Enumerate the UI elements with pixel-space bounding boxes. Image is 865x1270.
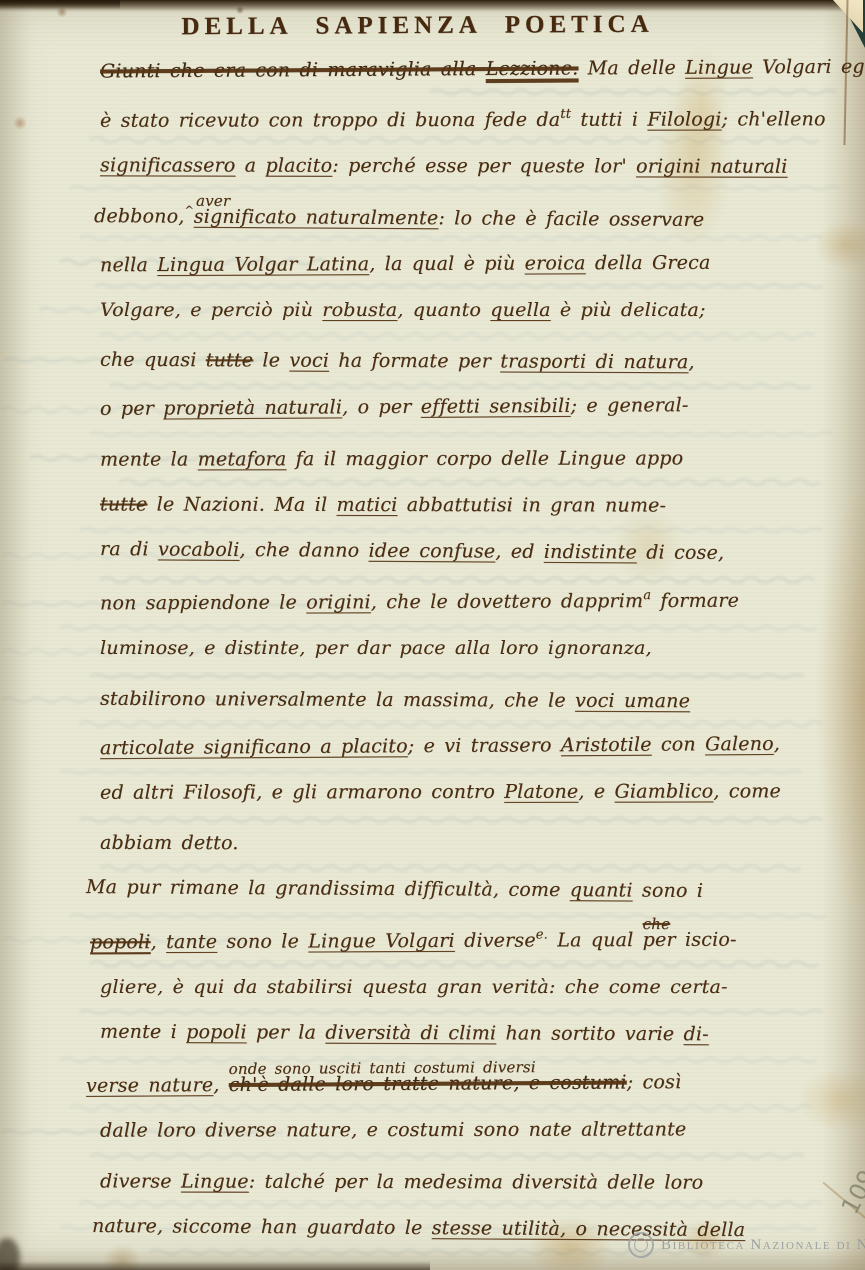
manuscript-line: gliere, è qui da stabilirsi questa gran … bbox=[100, 976, 728, 998]
manuscript-line: ra di vocaboli, che danno idee confuse, … bbox=[100, 538, 724, 564]
manuscript-line: popoli, tante sono le Lingue Volgari div… bbox=[90, 928, 737, 953]
scan-top-left-edge bbox=[0, 0, 120, 9]
scan-bottom-corner bbox=[0, 1238, 20, 1270]
manuscript-line: tutte le Nazioni. Ma il matici abbattuti… bbox=[100, 493, 666, 516]
manuscript-line: non sappiendone le origini, che le dovet… bbox=[100, 590, 739, 615]
manuscript-line: è stato ricevuto con troppo di buona fed… bbox=[100, 108, 826, 132]
manuscript-line: luminose, e distinte, per dar pace alla … bbox=[100, 637, 652, 659]
library-stamp-label: Biblioteca Nazionale di Napoli bbox=[661, 1237, 865, 1254]
manuscript-line: Ma pur rimane la grandissima difficultà,… bbox=[86, 876, 703, 902]
page-title: DELLA SAPIENZA POETICA bbox=[0, 10, 835, 42]
manuscript-line: Giunti che era con di maraviglia alla Le… bbox=[100, 56, 865, 83]
manuscript-line: diverse Lingue: talché per la medesima d… bbox=[100, 1170, 703, 1193]
library-stamp: Biblioteca Nazionale di Napoli bbox=[628, 1232, 865, 1258]
folio-number: 109 bbox=[836, 1165, 865, 1219]
manuscript-line: abbiam detto. bbox=[100, 832, 239, 854]
manuscript-line: verse nature, onde sono usciti tanti cos… bbox=[86, 1071, 681, 1097]
manuscript-line: che quasi tutte le voci ha formate per t… bbox=[100, 349, 695, 373]
manuscript-line: o per proprietà naturali, o per effetti … bbox=[100, 395, 689, 421]
manuscript-line: debbono,aver significato naturalmente: l… bbox=[94, 205, 704, 231]
manuscript-line: mente i popoli per la diversità di climi… bbox=[100, 1021, 709, 1046]
manuscript-line: nella Lingua Volgar Latina, la qual è pi… bbox=[100, 252, 711, 277]
manuscript-line: mente la metafora fa il maggior corpo de… bbox=[100, 447, 683, 470]
manuscript-line: ed altri Filosofi, e gli armarono contro… bbox=[100, 780, 781, 803]
manuscript-scan: DELLA SAPIENZA POETICA Giunti che era co… bbox=[0, 0, 865, 1270]
manuscript-line: stabilirono universalmente la massima, c… bbox=[100, 687, 690, 711]
manuscript-line: articolate significano a placito; e vi t… bbox=[100, 733, 780, 759]
manuscript-line: dalle loro diverse nature, e costumi son… bbox=[100, 1119, 686, 1142]
manuscript-line: significassero a placito: perché esse pe… bbox=[100, 155, 787, 178]
library-stamp-icon bbox=[628, 1232, 654, 1258]
scan-bottom-edge bbox=[0, 1261, 430, 1270]
manuscript-line: Volgare, e perciò più robusta, quanto qu… bbox=[100, 299, 706, 321]
